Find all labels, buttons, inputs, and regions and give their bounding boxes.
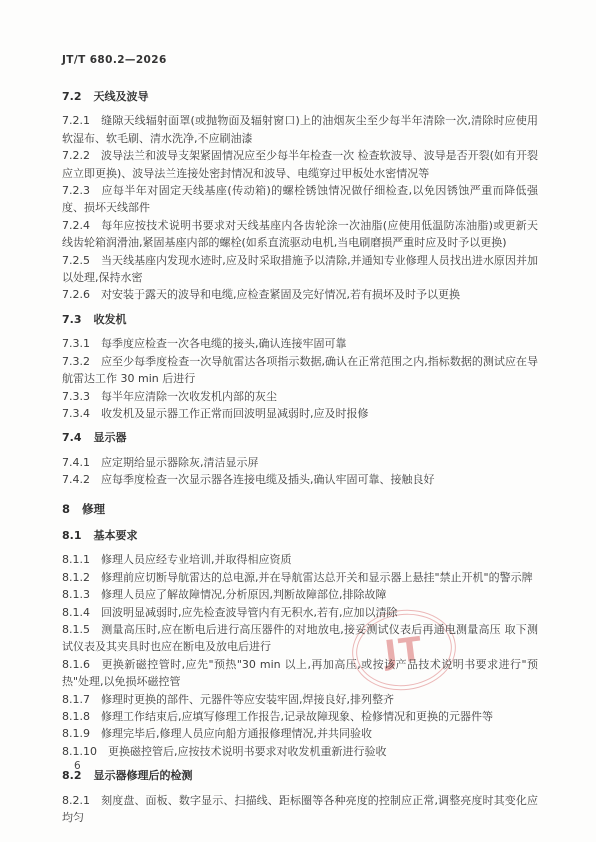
clause: 8.1.2修理前应切断导航雷达的总电源,并在导航雷达总开关和显示器上悬挂"禁止开… <box>62 569 538 586</box>
clause-text: 每半年应清除一次收发机内部的灰尘 <box>101 390 277 403</box>
clause-number: 8.1.10 <box>62 745 97 758</box>
clause-number: 7.2.6 <box>62 288 90 301</box>
clause-number: 7.2.3 <box>62 184 90 197</box>
clause: 7.2.4每年应按技术说明书要求对天线基座内各齿轮涂一次油脂(应使用低温防冻油脂… <box>62 217 538 252</box>
section-heading: 7.4显示器 <box>62 429 538 446</box>
clause: 7.2.2波导法兰和波导支架紧固情况应至少每半年检查一次 检查软波导、波导是否开… <box>62 147 538 182</box>
clause-number: 7.3.2 <box>62 355 90 368</box>
clause: 8.1.10更换磁控管后,应按技术说明书要求对收发机重新进行验收 <box>62 743 538 760</box>
clause-text: 波导法兰和波导支架紧固情况应至少每半年检查一次 检查软波导、波导是否开裂(如有开… <box>62 149 538 179</box>
clause-text: 应定期给显示器除灰,清洁显示屏 <box>101 456 259 469</box>
document-page: JT/T 680.2—2026 JT 7.2天线及波导 7.2.1缝隙天线辐射面… <box>0 0 596 842</box>
clause: 8.2.1刻度盘、面板、数字显示、扫描线、距标圈等各种亮度的控制应正常,调整亮度… <box>62 792 538 827</box>
section-number: 7.3 <box>62 313 82 326</box>
clause-text: 更换新磁控管时,应先"预热"30 min 以上,再加高压,或按该产品技术说明书要… <box>62 658 538 688</box>
clause-text: 应每季度检查一次显示器各连接电缆及插头,确认牢固可靠、接触良好 <box>101 473 435 486</box>
clause: 8.1.6更换新磁控管时,应先"预热"30 min 以上,再加高压,或按该产品技… <box>62 656 538 691</box>
clause: 7.3.2应至少每季度检查一次导航雷达各项指示数据,确认在正常范围之内,指标数据… <box>62 353 538 388</box>
section-number: 7.2 <box>62 90 82 103</box>
clause: 8.1.5测量高压时,应在断电后进行高压器件的对地放电,接妥测试仪表后再通电测量… <box>62 621 538 656</box>
clause-text: 应至少每季度检查一次导航雷达各项指示数据,确认在正常范围之内,指标数据的测试应在… <box>62 355 538 385</box>
clause-text: 当天线基座内发现水迹时,应及时采取措施予以清除,并通知专业修理人员找出进水原因并… <box>62 254 538 284</box>
clause-number: 7.3.3 <box>62 390 90 403</box>
clause-number: 8.1.4 <box>62 606 90 619</box>
clause-text: 缝隙天线辐射面罩(或抛物面及辐射窗口)上的油烟灰尘至少每半年清除一次,清除时应使… <box>62 114 538 144</box>
clause-number: 7.4.2 <box>62 473 90 486</box>
clause: 7.3.4收发机及显示器工作正常而回波明显减弱时,应及时报修 <box>62 405 538 422</box>
clause-number: 8.1.8 <box>62 710 90 723</box>
clause-text: 修理前应切断导航雷达的总电源,并在导航雷达总开关和显示器上悬挂"禁止开机"的警示… <box>101 571 533 584</box>
clause-text: 修理人员应经专业培训,并取得相应资质 <box>101 553 292 566</box>
clause-number: 7.2.4 <box>62 219 90 232</box>
clause-number: 8.1.6 <box>62 658 90 671</box>
section-heading: 8修理 <box>62 501 538 518</box>
clause-text: 回波明显减弱时,应先检查波导管内有无积水,若有,应加以清除 <box>101 606 398 619</box>
section-title: 基本要求 <box>94 529 138 542</box>
clause-text: 每季度应检查一次各电缆的接头,确认连接牢固可靠 <box>101 337 347 350</box>
section-heading: 7.2天线及波导 <box>62 88 538 105</box>
clause: 8.1.7修理时更换的部件、元器件等应安装牢固,焊接良好,排列整齐 <box>62 691 538 708</box>
clause-number: 7.2.2 <box>62 149 90 162</box>
clause-text: 测量高压时,应在断电后进行高压器件的对地放电,接妥测试仪表后再通电测量高压 取下… <box>62 623 538 653</box>
clause: 8.1.8修理工作结束后,应填写修理工作报告,记录故障现象、检修情况和更换的元器… <box>62 708 538 725</box>
clause: 7.4.2应每季度检查一次显示器各连接电缆及插头,确认牢固可靠、接触良好 <box>62 471 538 488</box>
section-title: 显示器修理后的检测 <box>94 769 193 782</box>
clause-text: 修理完毕后,修理人员应向船方通报修理情况,并共同验收 <box>101 727 372 740</box>
clause-number: 7.3.1 <box>62 337 90 350</box>
clause-text: 收发机及显示器工作正常而回波明显减弱时,应及时报修 <box>101 407 369 420</box>
clause: 7.4.1应定期给显示器除灰,清洁显示屏 <box>62 454 538 471</box>
clause: 7.2.1缝隙天线辐射面罩(或抛物面及辐射窗口)上的油烟灰尘至少每半年清除一次,… <box>62 112 538 147</box>
clause-text: 修理工作结束后,应填写修理工作报告,记录故障现象、检修情况和更换的元器件等 <box>101 710 493 723</box>
document-content: 7.2天线及波导 7.2.1缝隙天线辐射面罩(或抛物面及辐射窗口)上的油烟灰尘至… <box>62 88 538 826</box>
section-heading: 7.3收发机 <box>62 311 538 328</box>
standard-code-header: JT/T 680.2—2026 <box>62 54 167 66</box>
clause-text: 修理时更换的部件、元器件等应安装牢固,焊接良好,排列整齐 <box>101 693 394 706</box>
clause: 8.1.1修理人员应经专业培训,并取得相应资质 <box>62 551 538 568</box>
clause: 8.1.9修理完毕后,修理人员应向船方通报修理情况,并共同验收 <box>62 725 538 742</box>
clause-number: 8.1.2 <box>62 571 90 584</box>
section-number: 8.1 <box>62 529 82 542</box>
clause-number: 7.4.1 <box>62 456 90 469</box>
page-number: 6 <box>74 760 81 772</box>
clause-number: 8.1.1 <box>62 553 90 566</box>
section-heading: 8.1基本要求 <box>62 527 538 544</box>
section-title: 显示器 <box>94 431 127 444</box>
section-title: 收发机 <box>94 313 127 326</box>
clause-number: 7.3.4 <box>62 407 90 420</box>
clause: 8.1.3修理人员应了解故障情况,分析原因,判断故障部位,排除故障 <box>62 586 538 603</box>
clause-number: 7.2.1 <box>62 114 90 127</box>
clause-text: 刻度盘、面板、数字显示、扫描线、距标圈等各种亮度的控制应正常,调整亮度时其变化应… <box>62 794 538 824</box>
section-title: 天线及波导 <box>94 90 149 103</box>
section-heading: 8.2显示器修理后的检测 <box>62 767 538 784</box>
clause-text: 应每半年对固定天线基座(传动箱)的螺栓锈蚀情况做仔细检查,以免因锈蚀严重而降低强… <box>62 184 538 214</box>
clause: 7.3.1每季度应检查一次各电缆的接头,确认连接牢固可靠 <box>62 335 538 352</box>
section-title: 修理 <box>82 502 105 516</box>
clause-number: 8.2.1 <box>62 794 90 807</box>
clause-text: 对安装于露天的波导和电缆,应检查紧固及完好情况,若有损坏及时予以更换 <box>101 288 460 301</box>
clause: 7.2.5当天线基座内发现水迹时,应及时采取措施予以清除,并通知专业修理人员找出… <box>62 252 538 287</box>
clause-text: 更换磁控管后,应按技术说明书要求对收发机重新进行验收 <box>108 745 387 758</box>
clause-number: 8.1.9 <box>62 727 90 740</box>
clause-text: 修理人员应了解故障情况,分析原因,判断故障部位,排除故障 <box>101 588 387 601</box>
clause-number: 7.2.5 <box>62 254 90 267</box>
section-number: 7.4 <box>62 431 82 444</box>
clause: 7.3.3每半年应清除一次收发机内部的灰尘 <box>62 388 538 405</box>
clause-number: 8.1.7 <box>62 693 90 706</box>
clause-text: 每年应按技术说明书要求对天线基座内各齿轮涂一次油脂(应使用低温防冻油脂)或更新天… <box>62 219 538 249</box>
clause: 7.2.3应每半年对固定天线基座(传动箱)的螺栓锈蚀情况做仔细检查,以免因锈蚀严… <box>62 182 538 217</box>
section-number: 8 <box>62 502 70 516</box>
clause: 8.1.4回波明显减弱时,应先检查波导管内有无积水,若有,应加以清除 <box>62 604 538 621</box>
clause-number: 8.1.3 <box>62 588 90 601</box>
clause: 7.2.6对安装于露天的波导和电缆,应检查紧固及完好情况,若有损坏及时予以更换 <box>62 286 538 303</box>
clause-number: 8.1.5 <box>62 623 90 636</box>
